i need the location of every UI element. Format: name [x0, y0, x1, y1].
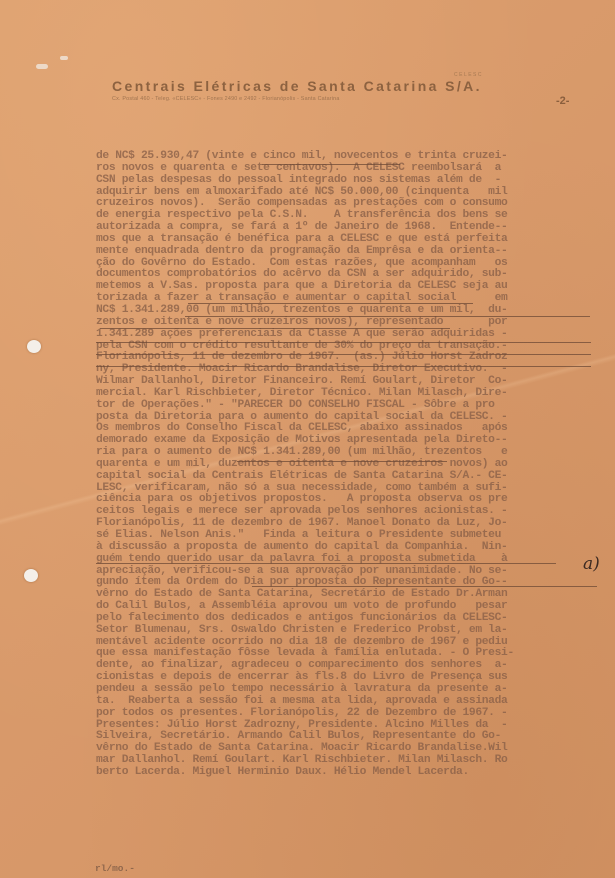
letterhead-code: CELESC [454, 72, 483, 78]
text-line: pelo falecimento dos dedicados e antigos… [96, 613, 596, 625]
text-line: 1.341.289 ações preferenciais da Classe … [96, 329, 596, 341]
text-line: ta. Reaberta a sessão foi a mesma ata li… [96, 696, 596, 708]
handwritten-underline [252, 586, 597, 587]
text-line: zentos e oitenta e nove cruzeiros novos)… [96, 317, 596, 329]
text-line: tor de Operações." - "PARECER DO CONSELH… [96, 400, 596, 412]
text-line: berto Lacerda. Miguel Herminio Daux. Hél… [96, 767, 596, 779]
company-address: Cx. Postal 460 - Teleg. «CELESC» - Fones… [112, 96, 567, 102]
text-line: mercial. Karl Rischbieter, Diretor Técni… [96, 388, 596, 400]
handwritten-underline [96, 563, 556, 564]
punch-hole-lower [24, 569, 38, 582]
paper-tear-mark [60, 56, 68, 60]
company-name: Centrais Elétricas de Santa Catarina S/A… [112, 78, 567, 94]
page-number: -2- [556, 95, 569, 107]
handwritten-underline [185, 316, 590, 317]
typewritten-minutes-text: de NC$ 25.930,47 (vinte e cinco mil, nov… [96, 151, 596, 779]
text-line: mos que a transação é benéfica para a CE… [96, 234, 596, 246]
paper-tear-mark [36, 64, 48, 69]
typist-reference: rl/mo.- [95, 863, 135, 874]
handwritten-margin-note: a) [583, 554, 600, 574]
text-line: capital social da Centrais Elétricas de … [96, 471, 596, 483]
document-page: CELESC Centrais Elétricas de Santa Catar… [0, 0, 615, 878]
text-line: Setor Blumenau, Srs. Oswaldo Christen e … [96, 625, 596, 637]
handwritten-underline [188, 303, 473, 304]
handwritten-underline [237, 461, 447, 462]
handwritten-underline [96, 366, 591, 367]
punch-hole-upper [27, 340, 41, 353]
handwritten-underline [96, 342, 591, 343]
text-line: mente enquadrada dentro da programação d… [96, 246, 596, 258]
text-line: à discussão a proposta de aumento do cap… [96, 542, 596, 554]
text-line: CSN pelas despesas do pessoal integrado … [96, 175, 596, 187]
letterhead: CELESC Centrais Elétricas de Santa Catar… [112, 78, 567, 102]
handwritten-underline [262, 164, 400, 165]
text-line: por todos os presentes. Florianópolis, 2… [96, 708, 596, 720]
handwritten-underline [96, 354, 591, 355]
handwritten-underline [100, 328, 450, 329]
